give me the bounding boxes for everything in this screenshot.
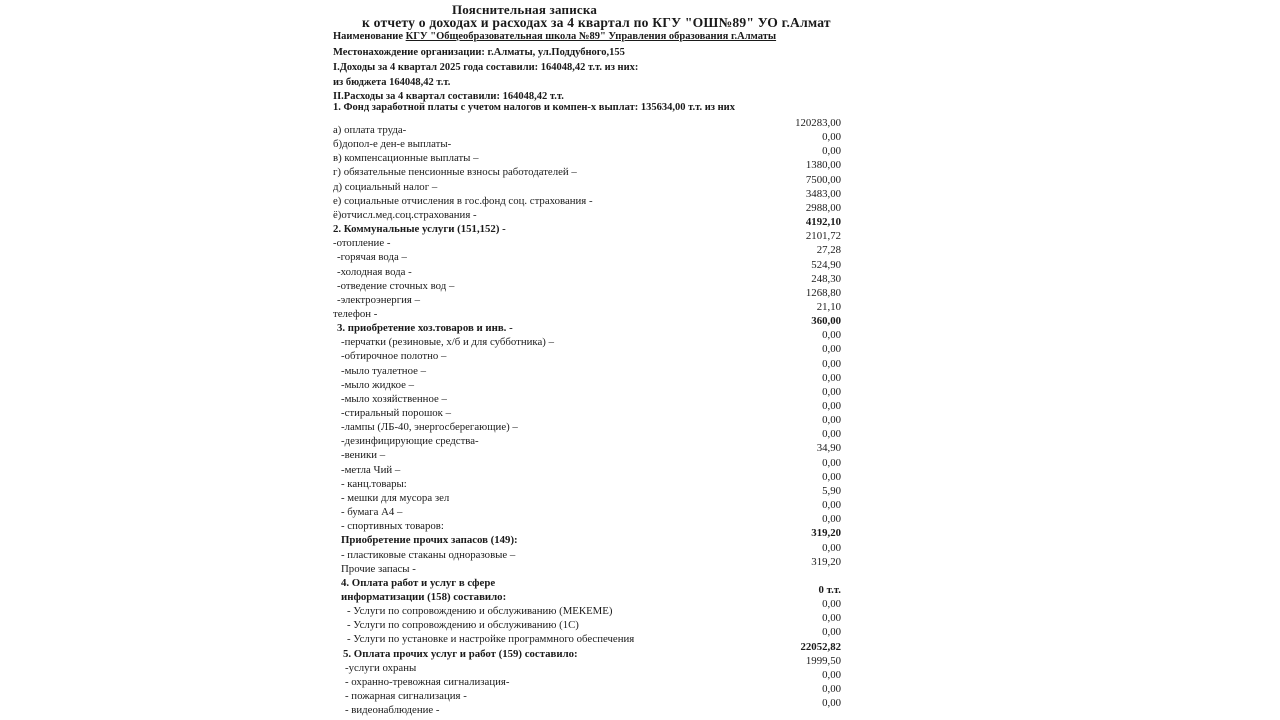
row-value: 22052,82 [801, 641, 842, 653]
row-value: 0,00 [822, 697, 841, 709]
table-row: -отопление -2101,72 [333, 234, 853, 248]
table-row: - видеонаблюдение -0,00 [333, 701, 853, 715]
table-row: - пожарная сигнализация -0,00 [333, 687, 853, 701]
table-row: б)допол-е ден-е выплаты-0,00 [333, 135, 853, 149]
row-value: 34,90 [817, 442, 841, 454]
row-value: 0,00 [822, 626, 841, 638]
row-value: 248,30 [811, 273, 841, 285]
table-row: в) компенсационные выплаты –0,00 [333, 149, 853, 163]
row-value: 0,00 [822, 145, 841, 157]
row-value: 0,00 [822, 598, 841, 610]
document-subtitle: к отчету о доходах и расходах за 4 кварт… [362, 15, 831, 31]
table-row: -перчатки (резиновые, х/б и для субботни… [333, 333, 853, 347]
payroll-header: 1. Фонд заработной платы с учетом налого… [333, 102, 735, 113]
row-value: 0,00 [822, 499, 841, 511]
table-row: - Услуги по установке и настройке програ… [333, 630, 853, 644]
table-row: информатизации (158) составило:0 т.т. [333, 588, 853, 602]
row-value: 3483,00 [806, 188, 841, 200]
row-value: 7500,00 [806, 174, 841, 186]
row-value: 0,00 [822, 612, 841, 624]
row-value: 319,20 [811, 556, 841, 568]
row-value: 0,00 [822, 471, 841, 483]
row-value: 0,00 [822, 343, 841, 355]
table-row: -горячая вода –27,28 [333, 248, 853, 262]
table-row: -услуги охраны1999,50 [333, 659, 853, 673]
table-row: - мешки для мусора зел5,90 [333, 489, 853, 503]
row-value: 5,90 [822, 485, 841, 497]
table-row: - Услуги по сопровождению и обслуживанию… [333, 602, 853, 616]
row-value: 1380,00 [806, 159, 841, 171]
income-summary: I.Доходы за 4 квартал 2025 года составил… [333, 62, 638, 73]
row-value: 21,10 [817, 301, 841, 313]
table-row: а) оплата труда-120283,00 [333, 121, 853, 135]
row-value: 1268,80 [806, 287, 841, 299]
table-row: -электроэнергия –1268,80 [333, 291, 853, 305]
row-value: 0,00 [822, 358, 841, 370]
table-row: - канц.товары:0,00 [333, 475, 853, 489]
row-value: 0 т.т. [819, 584, 841, 596]
table-row: -холодная вода -524,90 [333, 263, 853, 277]
row-value: 0,00 [822, 400, 841, 412]
table-row: е) социальные отчисления в гос.фонд соц.… [333, 192, 853, 206]
row-value: 0,00 [822, 428, 841, 440]
row-value: 0,00 [822, 414, 841, 426]
table-row: телефон -21,10 [333, 305, 853, 319]
table-row: Прочие запасы -319,20 [333, 560, 853, 574]
table-row: 4. Оплата работ и услуг в сфере [333, 574, 853, 588]
row-value: 0,00 [822, 542, 841, 554]
table-row: -лампы (ЛБ-40, энергосберегающие) –0,00 [333, 418, 853, 432]
table-row: -мыло жидкое –0,00 [333, 376, 853, 390]
row-value: 0,00 [822, 457, 841, 469]
row-value: 0,00 [822, 131, 841, 143]
row-value: 2988,00 [806, 202, 841, 214]
expenses-summary: II.Расходы за 4 квартал составили: 16404… [333, 91, 564, 102]
income-budget: из бюджета 164048,42 т.т. [333, 77, 450, 88]
row-value: 0,00 [822, 513, 841, 525]
row-value: 0,00 [822, 683, 841, 695]
organization-name-label: Наименование [333, 31, 406, 42]
row-value: 4192,10 [806, 216, 841, 228]
table-row: 2. Коммунальные услуги (151,152) -4192,1… [333, 220, 853, 234]
row-value: 0,00 [822, 386, 841, 398]
table-row: г) обязательные пенсионные взносы работо… [333, 163, 853, 177]
organization-location: Местонахождение организации: г.Алматы, у… [333, 47, 625, 58]
table-row: -метла Чий –0,00 [333, 461, 853, 475]
table-row: -стиральный порошок –0,00 [333, 404, 853, 418]
row-value: 360,00 [811, 315, 841, 327]
document-page: Пояснительная записка к отчету о доходах… [0, 0, 1280, 720]
table-row: д) социальный налог –7500,00 [333, 178, 853, 192]
table-row: -обтирочное полотно –0,00 [333, 347, 853, 361]
table-row: -мыло туалетное –0,00 [333, 362, 853, 376]
organization-name-line: Наименование КГУ "Общеобразовательная шк… [333, 31, 776, 42]
table-row: -мыло хозяйственное –0,00 [333, 390, 853, 404]
table-row: - спортивных товаров:0,00 [333, 517, 853, 531]
table-row: - пластиковые стаканы одноразовые –0,00 [333, 546, 853, 560]
row-value: 120283,00 [795, 117, 841, 129]
row-value: 0,00 [822, 372, 841, 384]
row-value: 0,00 [822, 329, 841, 341]
table-row: Приобретение прочих запасов (149):319,20 [333, 531, 853, 545]
table-row: 5. Оплата прочих услуг и работ (159) сос… [333, 645, 853, 659]
table-row: -дезинфицирующие средства-0,00 [333, 432, 853, 446]
table-row: 3. приобретение хоз.товаров и инв. -360,… [333, 319, 853, 333]
table-row: - Услуги по сопровождению и обслуживанию… [333, 616, 853, 630]
row-value: 319,20 [811, 527, 841, 539]
table-row: - бумага А4 –0,00 [333, 503, 853, 517]
row-value: 0,00 [822, 669, 841, 681]
row-value: 2101,72 [806, 230, 841, 242]
table-row: -веники –34,90 [333, 446, 853, 460]
row-value: 524,90 [811, 259, 841, 271]
organization-name-value: КГУ "Общеобразовательная школа №89" Упра… [406, 31, 776, 42]
table-row: - охранно-тревожная сигнализация-0,00 [333, 673, 853, 687]
table-row: ё)отчисл.мед.соц.страхования -2988,00 [333, 206, 853, 220]
table-row: -отведение сточных вод –248,30 [333, 277, 853, 291]
row-value: 1999,50 [806, 655, 841, 667]
row-label: - видеонаблюдение - [345, 704, 439, 716]
row-value: 27,28 [817, 244, 841, 256]
